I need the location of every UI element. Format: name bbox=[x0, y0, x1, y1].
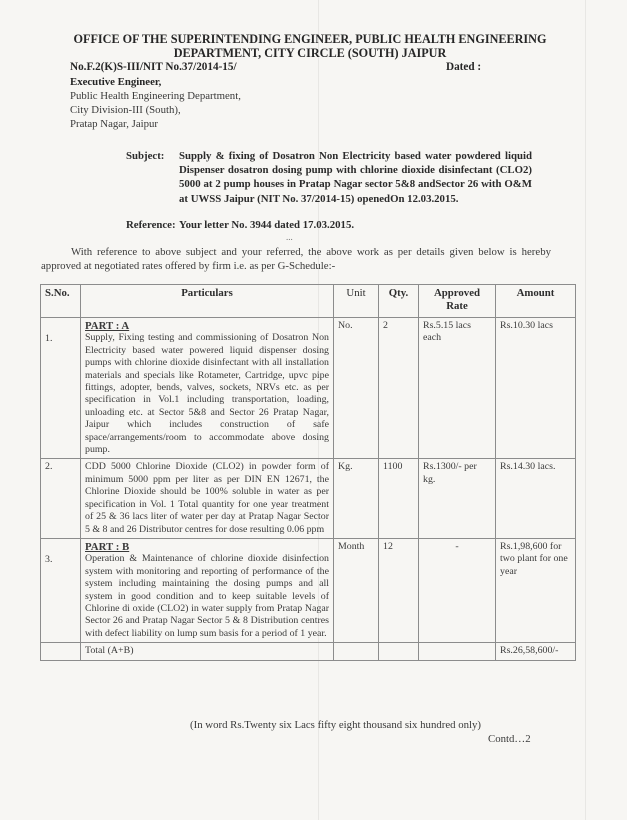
office-header-line2: DEPARTMENT, CITY CIRCLE (SOUTH) JAIPUR bbox=[40, 46, 580, 60]
column-header-qty: Qty. bbox=[379, 285, 419, 318]
cell-unit: No. bbox=[334, 318, 379, 459]
addressee-line: City Division-III (South), bbox=[70, 103, 241, 117]
cell-rate: Rs.1300/- per kg. bbox=[419, 459, 496, 538]
addressee-line: Public Health Engineering Department, bbox=[70, 89, 241, 103]
subject-text: Supply & fixing of Dosatron Non Electric… bbox=[179, 149, 532, 206]
column-header-amount: Amount bbox=[496, 285, 576, 318]
cell-qty: 2 bbox=[379, 318, 419, 459]
particulars-text: CDD 5000 Chlorine Dioxide (CLO2) in powd… bbox=[85, 461, 329, 535]
reference-number-line: No.F.2(K)S-III/NIT No.37/2014-15/ Dated … bbox=[70, 61, 540, 73]
table-row: 3. PART : B Operation & Maintenance of c… bbox=[41, 538, 576, 642]
cell-rate: - bbox=[419, 538, 496, 642]
subject-label: Subject: bbox=[126, 149, 164, 163]
cell-amount: Rs.1,98,600 for two plant for one year bbox=[496, 538, 576, 642]
separator: ... bbox=[286, 232, 293, 242]
table-row: 1. PART : A Supply, Fixing testing and c… bbox=[41, 318, 576, 459]
part-heading: PART : A bbox=[85, 320, 329, 332]
reference-number: No.F.2(K)S-III/NIT No.37/2014-15/ bbox=[70, 61, 237, 73]
addressee-title: Executive Engineer, bbox=[70, 75, 241, 89]
total-label: Total (A+B) bbox=[81, 643, 334, 660]
continuation-note: Contd…2 bbox=[488, 733, 531, 745]
cell-sno: 2. bbox=[41, 459, 81, 538]
cell-unit: Kg. bbox=[334, 459, 379, 538]
addressee-block: Executive Engineer, Public Health Engine… bbox=[70, 75, 241, 131]
reference-label: Reference: bbox=[126, 219, 176, 231]
part-heading: PART : B bbox=[85, 541, 329, 553]
particulars-text: Operation & Maintenance of chlorine diox… bbox=[85, 553, 329, 640]
office-header-line1: OFFICE OF THE SUPERINTENDING ENGINEER, P… bbox=[40, 32, 580, 46]
cell-qty: 1100 bbox=[379, 459, 419, 538]
column-header-particulars: Particulars bbox=[81, 285, 334, 318]
reference-text: Your letter No. 3944 dated 17.03.2015. bbox=[179, 219, 354, 231]
column-header-sno: S.No. bbox=[41, 285, 81, 318]
addressee-line: Pratap Nagar, Jaipur bbox=[70, 117, 241, 131]
table-header-row: S.No. Particulars Unit Qty. Approved Rat… bbox=[41, 285, 576, 318]
amount-in-words: (In word Rs.Twenty six Lacs fifty eight … bbox=[190, 719, 481, 731]
office-header: OFFICE OF THE SUPERINTENDING ENGINEER, P… bbox=[40, 32, 580, 60]
cell-amount: Rs.10.30 lacs bbox=[496, 318, 576, 459]
cell-qty bbox=[379, 643, 419, 660]
cell-sno bbox=[41, 643, 81, 660]
cell-particulars: PART : B Operation & Maintenance of chlo… bbox=[81, 538, 334, 642]
dated-label: Dated : bbox=[446, 61, 481, 73]
cell-unit: Month bbox=[334, 538, 379, 642]
cell-particulars: CDD 5000 Chlorine Dioxide (CLO2) in powd… bbox=[81, 459, 334, 538]
cell-particulars: PART : A Supply, Fixing testing and comm… bbox=[81, 318, 334, 459]
cell-qty: 12 bbox=[379, 538, 419, 642]
column-header-unit: Unit bbox=[334, 285, 379, 318]
document-page: OFFICE OF THE SUPERINTENDING ENGINEER, P… bbox=[0, 0, 627, 820]
cell-amount: Rs.14.30 lacs. bbox=[496, 459, 576, 538]
table-row: 2. CDD 5000 Chlorine Dioxide (CLO2) in p… bbox=[41, 459, 576, 538]
particulars-text: Supply, Fixing testing and commissioning… bbox=[85, 332, 329, 456]
cell-unit bbox=[334, 643, 379, 660]
intro-paragraph: With reference to above subject and your… bbox=[41, 245, 551, 273]
cell-rate: Rs.5.15 lacs each bbox=[419, 318, 496, 459]
table-total-row: Total (A+B) Rs.26,58,600/- bbox=[41, 643, 576, 660]
page-fold-line bbox=[585, 0, 586, 820]
total-amount: Rs.26,58,600/- bbox=[496, 643, 576, 660]
cell-sno: 1. bbox=[41, 318, 81, 459]
cell-rate bbox=[419, 643, 496, 660]
reference-block: Reference: Your letter No. 3944 dated 17… bbox=[126, 219, 176, 231]
approval-table: S.No. Particulars Unit Qty. Approved Rat… bbox=[40, 284, 576, 661]
cell-sno: 3. bbox=[41, 538, 81, 642]
column-header-rate: Approved Rate bbox=[419, 285, 496, 318]
